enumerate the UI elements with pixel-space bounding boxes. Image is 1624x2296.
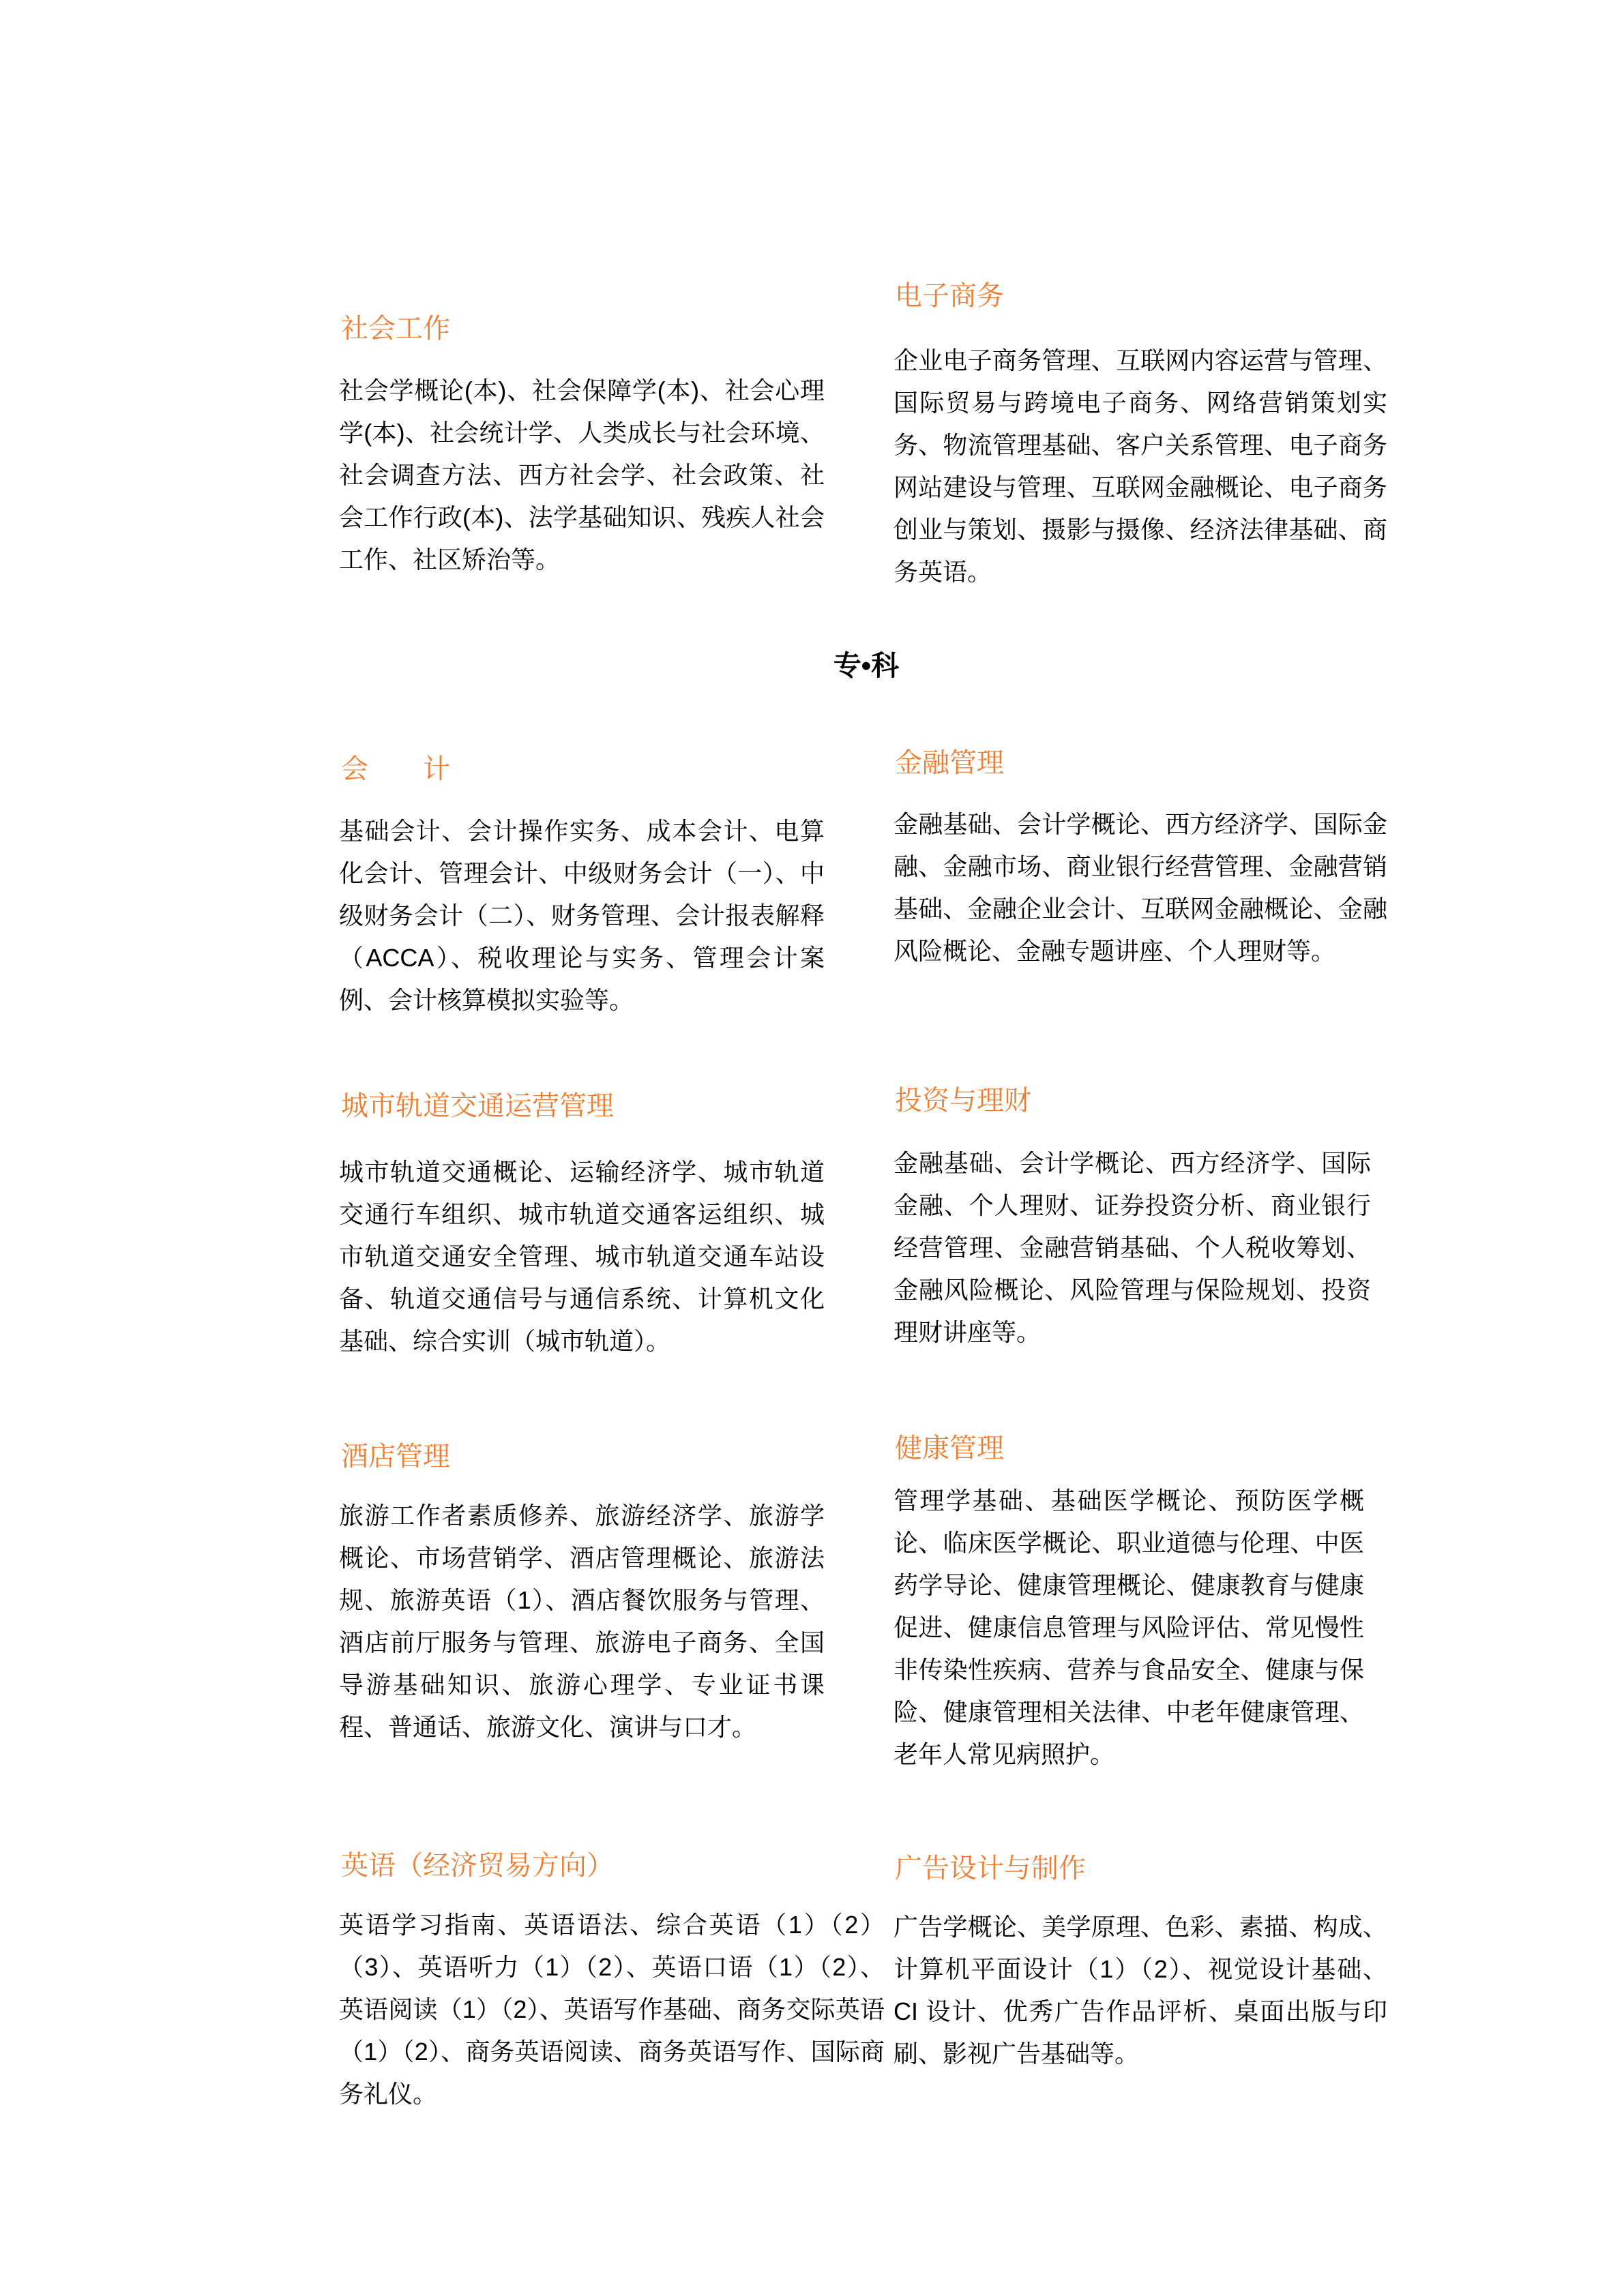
section-title-financial-management: 金融管理 bbox=[895, 747, 1004, 779]
section-title-accounting: 会 计 bbox=[341, 753, 450, 786]
catalog-page: 社会工作 社会学概论(本)、社会保障学(本)、社会心理学(本)、社会统计学、人类… bbox=[0, 0, 1624, 2296]
section-body-financial-management: 金融基础、会计学概论、西方经济学、国际金融、金融市场、商业银行经营管理、金融营销… bbox=[894, 803, 1387, 972]
section-body-ecommerce: 企业电子商务管理、互联网内容运营与管理、国际贸易与跨境电子商务、网络营销策划实务… bbox=[894, 340, 1387, 593]
section-body-social-work: 社会学概论(本)、社会保障学(本)、社会心理学(本)、社会统计学、人类成长与社会… bbox=[339, 370, 825, 581]
section-title-investment-finance: 投资与理财 bbox=[895, 1084, 1031, 1117]
section-body-investment-finance: 金融基础、会计学概论、西方经济学、国际金融、个人理财、证券投资分析、商业银行经营… bbox=[894, 1142, 1371, 1354]
section-body-hotel-management: 旅游工作者素质修养、旅游经济学、旅游学概论、市场营销学、酒店管理概论、旅游法规、… bbox=[339, 1495, 825, 1748]
section-body-ad-design-production: 广告学概论、美学原理、色彩、素描、构成、计算机平面设计（1）（2）、视觉设计基础… bbox=[894, 1906, 1387, 2075]
section-title-english-economic-trade: 英语（经济贸易方向） bbox=[341, 1849, 614, 1882]
level-divider-zhuanke: 专•科 bbox=[341, 648, 1391, 683]
section-title-health-management: 健康管理 bbox=[895, 1432, 1004, 1465]
section-body-urban-rail-transit: 城市轨道交通概论、运输经济学、城市轨道交通行车组织、城市轨道交通客运组织、城市轨… bbox=[339, 1151, 825, 1362]
section-title-social-work: 社会工作 bbox=[341, 312, 450, 345]
section-body-health-management: 管理学基础、基础医学概论、预防医学概论、临床医学概论、职业道德与伦理、中医药学导… bbox=[894, 1480, 1364, 1776]
section-title-hotel-management: 酒店管理 bbox=[341, 1440, 450, 1473]
section-body-english-economic-trade: 英语学习指南、英语语法、综合英语（1）（2）（3）、英语听力（1）（2）、英语口… bbox=[339, 1904, 885, 2115]
section-title-ecommerce: 电子商务 bbox=[895, 280, 1004, 312]
section-body-accounting: 基础会计、会计操作实务、成本会计、电算化会计、管理会计、中级财务会计（一）、中级… bbox=[339, 810, 825, 1022]
section-title-urban-rail-transit: 城市轨道交通运营管理 bbox=[341, 1090, 614, 1122]
section-title-ad-design-production: 广告设计与制作 bbox=[895, 1852, 1086, 1885]
